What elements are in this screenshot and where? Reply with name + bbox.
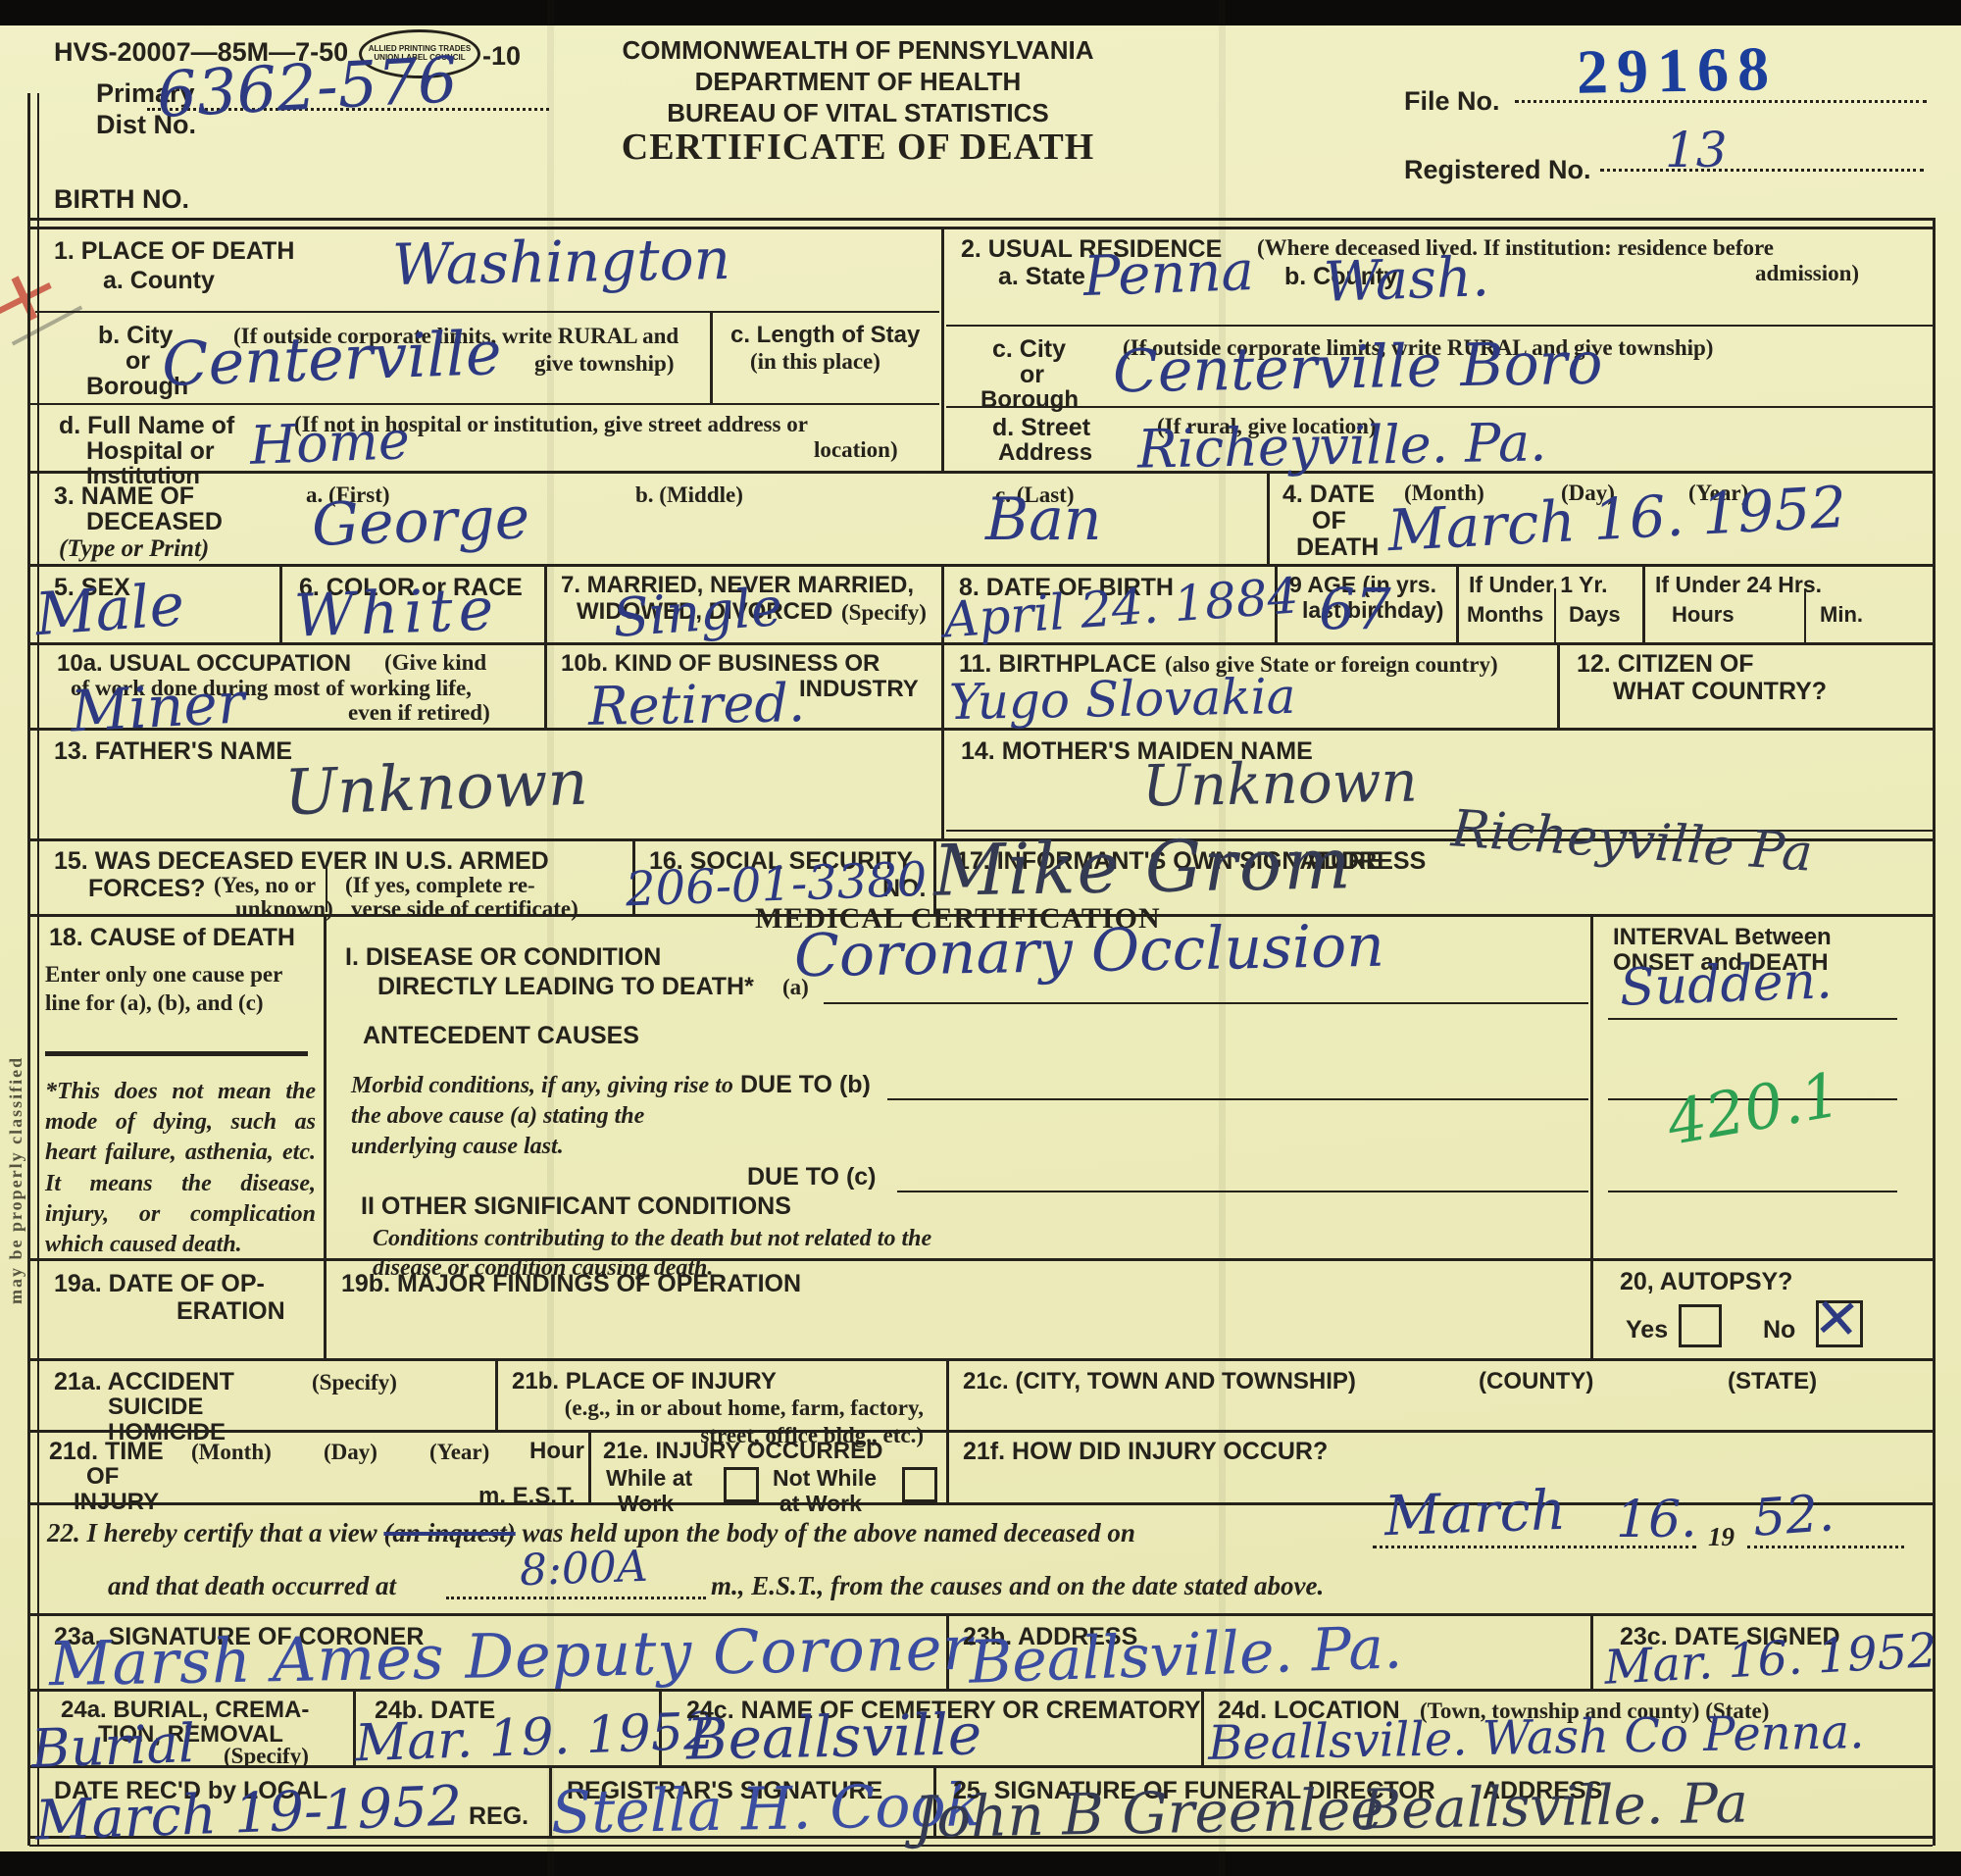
s3a-value: George bbox=[311, 488, 530, 555]
s9-days-label: Days bbox=[1569, 602, 1621, 628]
s22-year-value: 52. bbox=[1751, 1488, 1835, 1545]
s21c-state-label: (STATE) bbox=[1728, 1368, 1817, 1395]
funeral-address-value: Beallsville. Pa bbox=[1361, 1777, 1749, 1839]
divider bbox=[946, 1358, 949, 1430]
certificate-title: CERTIFICATE OF DEATH bbox=[549, 126, 1167, 169]
other-conditions-label: II OTHER SIGNIFICANT CONDITIONS bbox=[361, 1192, 791, 1221]
s3-heading: 3. NAME OF bbox=[54, 482, 194, 511]
rule bbox=[897, 1191, 1588, 1192]
s10a-note: even if retired) bbox=[348, 700, 490, 726]
s21f-label: 21f. HOW DID INJURY OCCUR? bbox=[963, 1438, 1328, 1466]
divider bbox=[1642, 564, 1645, 642]
header-line1: COMMONWEALTH OF PENNSYLVANIA bbox=[549, 35, 1167, 66]
s21d-label: 21d. TIME bbox=[49, 1438, 164, 1466]
rule bbox=[35, 311, 939, 313]
s22-day-value: 16. bbox=[1616, 1495, 1697, 1546]
registered-no-value: 13 bbox=[1665, 126, 1728, 175]
s17-signature: Mike Grom bbox=[932, 828, 1353, 905]
border-line bbox=[1933, 218, 1936, 1846]
s21d-hour: Hour bbox=[529, 1438, 584, 1465]
file-no-label: File No. bbox=[1404, 86, 1500, 117]
s19a-label: 19a. DATE OF OP- bbox=[54, 1270, 265, 1298]
s9-min-label: Min. bbox=[1820, 602, 1863, 628]
s9-under1yr-label: If Under 1 Yr. bbox=[1469, 572, 1607, 598]
autopsy-no-label: No bbox=[1763, 1316, 1795, 1344]
due-c-label: DUE TO (c) bbox=[747, 1163, 877, 1192]
s2c-label: Borough bbox=[980, 386, 1079, 414]
s10b-label: INDUSTRY bbox=[799, 676, 919, 703]
s13-value: Unknown bbox=[283, 752, 589, 826]
s18-note1: Enter only one cause per line for (a), (… bbox=[45, 961, 312, 1018]
rule bbox=[887, 1098, 1588, 1100]
s1a-value: Washington bbox=[392, 230, 731, 293]
s21d-suffix: m. E.S.T. bbox=[478, 1483, 576, 1510]
s4-heading: DEATH bbox=[1296, 533, 1379, 562]
autopsy-no-mark: ✕ bbox=[1812, 1291, 1862, 1348]
s21e-label: 21e. INJURY OCCURRED bbox=[603, 1438, 882, 1465]
autopsy-yes-checkbox[interactable] bbox=[1679, 1304, 1722, 1347]
s13-label: 13. FATHER'S NAME bbox=[54, 737, 292, 766]
s25-date-label2: REG. bbox=[469, 1802, 528, 1831]
rule bbox=[946, 406, 1933, 408]
s17-address-value: Richeyville Pa bbox=[1450, 803, 1815, 880]
s1c-label: c. Length of Stay bbox=[730, 322, 920, 349]
s9-hours-label: Hours bbox=[1672, 602, 1735, 628]
s10a-value: Miner bbox=[70, 674, 246, 739]
s15-label: 15. WAS DECEASED EVER IN U.S. ARMED bbox=[54, 847, 549, 876]
divider bbox=[710, 311, 713, 403]
scan-edge-top bbox=[0, 0, 1961, 25]
rule bbox=[1608, 1191, 1897, 1192]
s24b-value: Mar. 19. 1952 bbox=[354, 1706, 717, 1770]
divider bbox=[324, 1258, 327, 1358]
medical-i-label: DIRECTLY LEADING TO DEATH* bbox=[377, 973, 754, 1001]
rule bbox=[29, 1613, 1933, 1616]
s2a-label: a. State bbox=[998, 263, 1085, 291]
s24d-value: Beallsville. Wash Co Penna. bbox=[1208, 1708, 1865, 1767]
s22-time-value: 8:00A bbox=[519, 1546, 648, 1594]
s3-heading-note: (Type or Print) bbox=[59, 535, 209, 563]
registered-no-label: Registered No. bbox=[1404, 155, 1591, 185]
border-line bbox=[27, 93, 30, 1846]
s15-note: (If yes, complete re- bbox=[345, 873, 535, 898]
s2c-label: c. City bbox=[992, 335, 1066, 364]
border-line bbox=[37, 93, 39, 1846]
s14-value: Unknown bbox=[1142, 753, 1419, 815]
s22-time-line bbox=[446, 1597, 706, 1599]
due-b-label: DUE TO (b) bbox=[740, 1071, 871, 1099]
divider bbox=[1557, 642, 1560, 728]
s22-strike: (an inquest) bbox=[383, 1518, 515, 1547]
divider bbox=[946, 1430, 949, 1502]
divider bbox=[941, 728, 944, 838]
coroner-signature: Marsh Ames Deputy Coroner bbox=[49, 1618, 974, 1695]
s15-note: verse side of certificate) bbox=[351, 896, 578, 922]
s1c-note: (in this place) bbox=[750, 349, 880, 375]
s21a-label: SUICIDE bbox=[108, 1394, 203, 1421]
divider bbox=[544, 642, 547, 728]
s12-label: WHAT COUNTRY? bbox=[1613, 678, 1827, 706]
antecedent-label: ANTECEDENT CAUSES bbox=[363, 1022, 639, 1050]
s9-months-label: Months bbox=[1467, 602, 1543, 628]
s21a-label: 21a. ACCIDENT bbox=[54, 1368, 234, 1396]
s21e-while-label2: Work bbox=[618, 1491, 674, 1517]
s21d-month: (Month) bbox=[191, 1440, 272, 1465]
s24c-value: Beallsville bbox=[686, 1705, 982, 1767]
cause-code-value: 420.1 bbox=[1663, 1064, 1845, 1154]
s5-value: Male bbox=[33, 576, 186, 644]
divider bbox=[279, 564, 282, 642]
registered-no-line bbox=[1600, 169, 1924, 172]
s2c-label: or bbox=[1020, 361, 1044, 389]
s21e-notwhile-label2: at Work bbox=[779, 1491, 862, 1517]
header-line2: DEPARTMENT OF HEALTH bbox=[549, 67, 1167, 97]
s1a-label: a. County bbox=[103, 267, 215, 295]
s21e-while-label: While at bbox=[606, 1465, 692, 1492]
s1d-value: Home bbox=[249, 414, 411, 473]
s3-heading: DECEASED bbox=[86, 508, 223, 536]
s15-label: FORCES? bbox=[88, 875, 205, 903]
s21d-label: INJURY bbox=[74, 1489, 159, 1516]
s21e-notwhile-label: Not While bbox=[773, 1465, 877, 1492]
rule bbox=[29, 1358, 1933, 1361]
s18-note2: *This does not mean the mode of dying, s… bbox=[45, 1077, 316, 1260]
rule bbox=[946, 325, 1933, 327]
s19b-label: 19b. MAJOR FINDINGS OF OPERATION bbox=[341, 1270, 801, 1298]
interval-label: INTERVAL Between bbox=[1613, 924, 1832, 951]
s2d-label: d. Street bbox=[992, 414, 1090, 442]
divider bbox=[495, 1358, 498, 1430]
rule bbox=[1608, 1018, 1897, 1020]
birth-no-label: BIRTH NO. bbox=[54, 184, 189, 215]
s24a-note: (Specify) bbox=[224, 1744, 309, 1769]
divider bbox=[941, 227, 944, 471]
s1b-note: give township) bbox=[534, 351, 675, 377]
s21d-label: OF bbox=[86, 1463, 119, 1491]
s4-heading: 4. DATE bbox=[1282, 481, 1375, 509]
file-no-value: 29168 bbox=[1576, 37, 1778, 104]
s7-note: (Specify) bbox=[841, 600, 927, 626]
rule bbox=[29, 564, 1933, 567]
rule bbox=[45, 1051, 308, 1056]
s9-under24-label: If Under 24 Hrs. bbox=[1655, 572, 1822, 598]
union-suffix: -10 bbox=[482, 41, 521, 72]
s20-label: 20, AUTOPSY? bbox=[1620, 1268, 1792, 1296]
scan-edge-bottom bbox=[0, 1851, 1961, 1876]
s21d-year: (Year) bbox=[429, 1440, 489, 1465]
divider bbox=[1456, 564, 1459, 642]
s10b-value: Retired. bbox=[588, 677, 806, 734]
s9-value: 67 bbox=[1319, 581, 1391, 637]
divider bbox=[1590, 1258, 1593, 1358]
divider bbox=[1590, 914, 1593, 1258]
s21a-note: (Specify) bbox=[312, 1370, 397, 1395]
injury-at-work-checkbox[interactable] bbox=[724, 1467, 759, 1502]
s6-value: White bbox=[293, 580, 500, 645]
medical-i-label: I. DISEASE OR CONDITION bbox=[345, 943, 661, 972]
s15-note: unknown) bbox=[235, 896, 333, 922]
rule bbox=[29, 218, 1933, 221]
s1d-label: Hospital or bbox=[86, 437, 215, 466]
s10a-note: (Give kind bbox=[384, 650, 486, 676]
s7-value: Single bbox=[611, 581, 783, 645]
s22-part1: 22. I hereby certify that a view bbox=[47, 1518, 377, 1547]
s2-note: admission) bbox=[1755, 261, 1859, 286]
s2a-value: Penna bbox=[1082, 244, 1255, 305]
morbid-note: Morbid conditions, if any, giving rise t… bbox=[351, 1071, 733, 1163]
rule bbox=[824, 1002, 1588, 1004]
divider bbox=[1267, 471, 1270, 564]
s22-month-value: March bbox=[1383, 1484, 1567, 1545]
divider bbox=[941, 642, 944, 728]
s24a-value: Burial bbox=[30, 1717, 196, 1776]
rule bbox=[29, 227, 1933, 229]
s21c-label: 21c. (CITY, TOWN AND TOWNSHIP) bbox=[963, 1368, 1356, 1395]
s22-part3: and that death occurred at bbox=[108, 1571, 396, 1601]
s11-value: Yugo Slovakia bbox=[949, 672, 1296, 727]
divider bbox=[1201, 1689, 1204, 1765]
autopsy-yes-label: Yes bbox=[1626, 1316, 1668, 1344]
s1b-value: Centerville bbox=[161, 323, 502, 395]
margin-instruction-vertical: may be properly classified bbox=[6, 1056, 26, 1304]
header-line3: BUREAU OF VITAL STATISTICS bbox=[549, 98, 1167, 128]
s2d-label: Address bbox=[998, 439, 1092, 467]
s2d-value: Richeyville. Pa. bbox=[1137, 416, 1547, 476]
cause-a-value: Coronary Occlusion bbox=[794, 917, 1385, 986]
s1d-note: location) bbox=[814, 437, 898, 463]
s25-date-value: March 19-1952 bbox=[34, 1779, 463, 1849]
rule bbox=[29, 403, 939, 405]
funeral-director-signature: John B Greenlee bbox=[914, 1781, 1385, 1846]
s1b-label: or bbox=[126, 347, 150, 376]
injury-not-at-work-checkbox[interactable] bbox=[902, 1467, 937, 1502]
s21c-county-label: (COUNTY) bbox=[1479, 1368, 1593, 1395]
interval-value: Sudden. bbox=[1619, 955, 1833, 1014]
s12-label: 12. CITIZEN OF bbox=[1577, 650, 1754, 679]
s23b-value: Beallsville. Pa. bbox=[968, 1618, 1403, 1692]
s4-heading: OF bbox=[1312, 507, 1346, 535]
s3c-value: Ban bbox=[985, 490, 1102, 549]
s3b-label: b. (Middle) bbox=[635, 482, 743, 508]
divider bbox=[324, 914, 327, 1258]
primary-dist-value: 6362-576 bbox=[156, 49, 460, 127]
s1d-label: d. Full Name of bbox=[59, 412, 234, 440]
s21d-day: (Day) bbox=[324, 1440, 377, 1465]
s18-label: 18. CAUSE of DEATH bbox=[49, 924, 295, 952]
s15-note: (Yes, no or bbox=[214, 873, 316, 898]
rule bbox=[29, 1430, 1933, 1433]
s2c-value: Centerville Boro bbox=[1113, 334, 1603, 402]
divider bbox=[1590, 1613, 1593, 1689]
s2b-value: Wash. bbox=[1323, 250, 1490, 311]
s1-heading: 1. PLACE OF DEATH bbox=[54, 237, 294, 266]
death-certificate-scan: may be properly classified ✕ HVS-20007—8… bbox=[0, 0, 1961, 1876]
s22-part4: m., E.S.T., from the causes and on the d… bbox=[711, 1571, 1324, 1601]
s21b-label: 21b. PLACE OF INJURY bbox=[512, 1368, 777, 1395]
s19a-label: ERATION bbox=[176, 1297, 285, 1326]
s22-printed-19: 19 bbox=[1708, 1522, 1735, 1552]
divider bbox=[544, 564, 547, 642]
